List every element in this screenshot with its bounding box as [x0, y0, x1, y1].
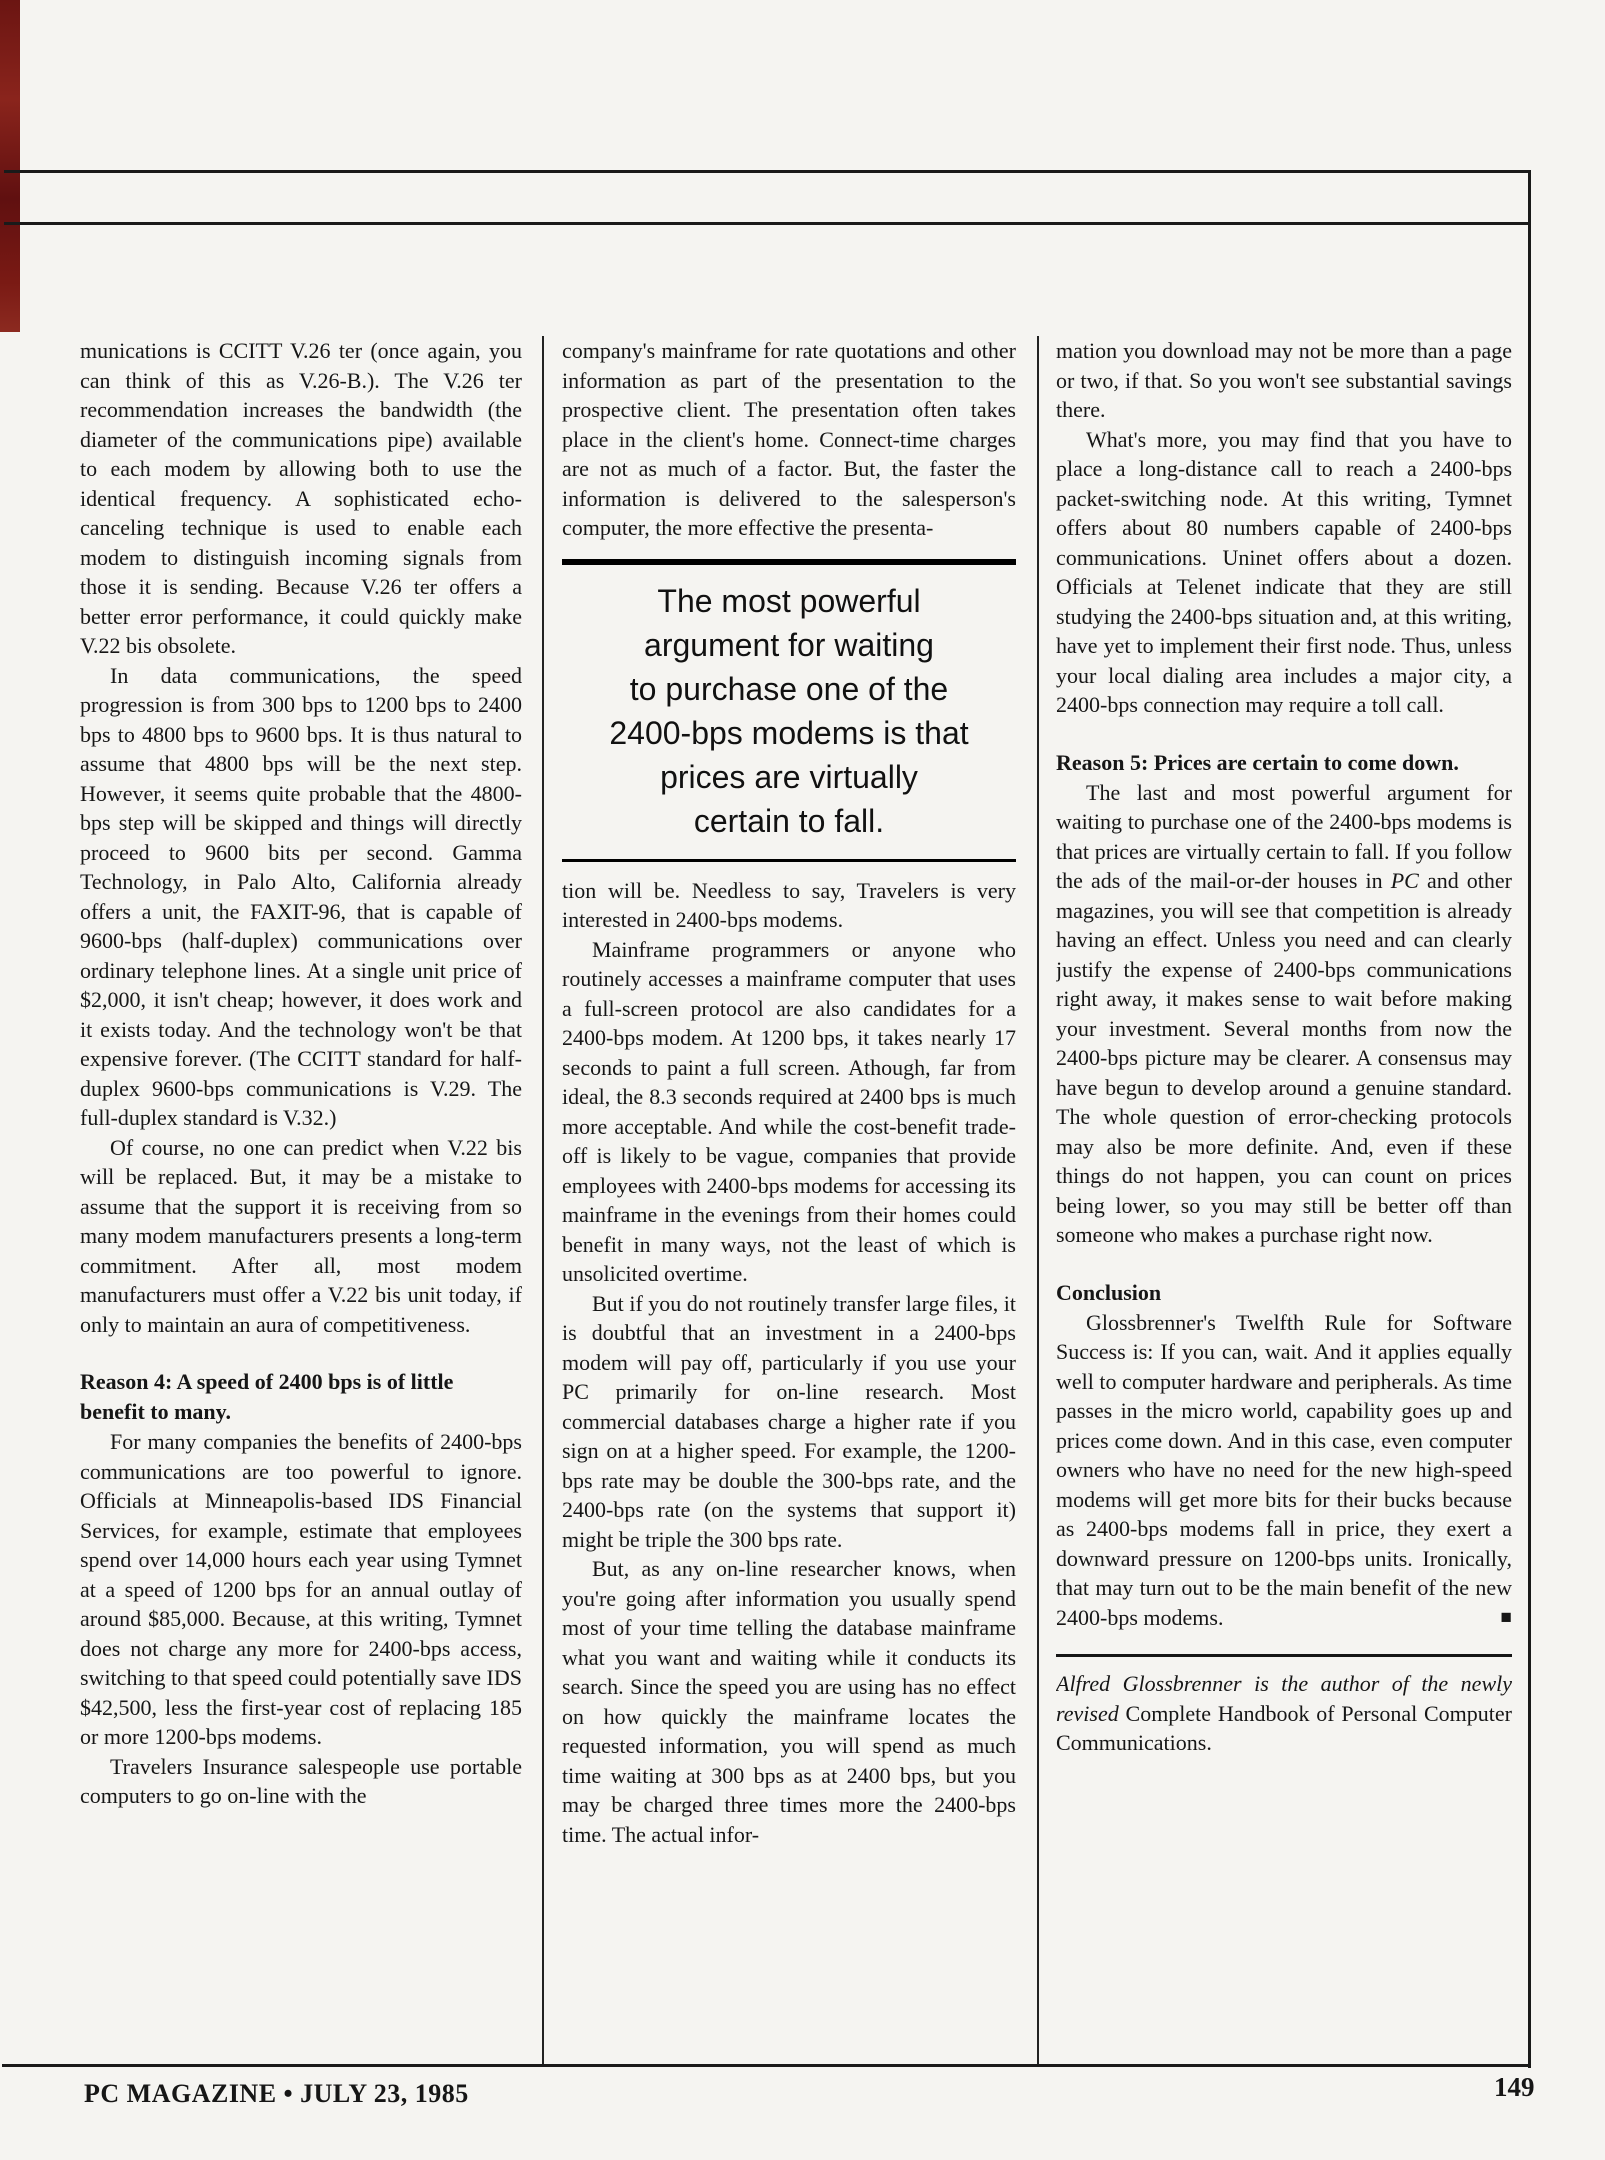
section-heading: Conclusion: [1056, 1278, 1512, 1308]
header-rule-top: [4, 170, 1531, 173]
text-run: Travelers Insurance salespeople use port…: [80, 1754, 522, 1809]
pull-quote-text: The most powerfulargument for waitingto …: [562, 565, 1016, 859]
article-column-3: mation you download may not be more than…: [1056, 336, 1512, 2058]
text-run: and other magazines, you will see that c…: [1056, 868, 1512, 1247]
page-right-border-rule: [1528, 170, 1531, 2068]
text-run: Of course, no one can predict when V.22 …: [80, 1135, 522, 1337]
text-run: But if you do not routinely transfer lar…: [562, 1291, 1016, 1552]
footer-rule: [2, 2064, 1531, 2067]
end-of-article-mark: ■: [1471, 1603, 1512, 1633]
text-run: tion will be. Needless to say, Travelers…: [562, 878, 1016, 933]
column-divider-1: [542, 336, 544, 2064]
paragraph: munications is CCITT V.26 ter (once agai…: [80, 336, 522, 661]
article-column-1: munications is CCITT V.26 ter (once agai…: [80, 336, 522, 2058]
paragraph: What's more, you may find that you have …: [1056, 425, 1512, 720]
text-run: Mainframe programmers or anyone who rout…: [562, 937, 1016, 1287]
paragraph: Of course, no one can predict when V.22 …: [80, 1133, 522, 1340]
paragraph: The last and most powerful argument for …: [1056, 778, 1512, 1250]
paragraph: tion will be. Needless to say, Travelers…: [562, 876, 1016, 935]
text-run: Glossbrenner's Twelfth Rule for Software…: [1056, 1310, 1512, 1630]
text-run: company's mainframe for rate quotations …: [562, 338, 1016, 540]
header-rule-bottom: [4, 222, 1531, 225]
paragraph: Glossbrenner's Twelfth Rule for Software…: [1056, 1308, 1512, 1633]
paragraph: But if you do not routinely transfer lar…: [562, 1289, 1016, 1555]
paragraph: Mainframe programmers or anyone who rout…: [562, 935, 1016, 1289]
article-column-2: company's mainframe for rate quotations …: [562, 336, 1016, 2058]
text-run: For many companies the benefits of 2400-…: [80, 1429, 522, 1749]
paragraph: Travelers Insurance salespeople use port…: [80, 1752, 522, 1811]
scan-artifact-bar: [0, 0, 20, 332]
paragraph: mation you download may not be more than…: [1056, 336, 1512, 425]
page-number: 149: [1494, 2072, 1535, 2103]
footer-magazine-date: PC MAGAZINE • JULY 23, 1985: [84, 2079, 469, 2109]
magazine-page: { "page": { "footer": "PC MAGAZINE • JUL…: [0, 0, 1605, 2160]
text-run: But, as any on-line researcher knows, wh…: [562, 1556, 1016, 1847]
text-run: In data communications, the speed progre…: [80, 663, 522, 1131]
pull-quote-bottom-rule: [562, 859, 1016, 862]
paragraph: company's mainframe for rate quotations …: [562, 336, 1016, 543]
text-run: What's more, you may find that you have …: [1056, 427, 1512, 718]
section-heading: Reason 4: A speed of 2400 bps is of litt…: [80, 1367, 522, 1427]
text-run: PC: [1391, 868, 1419, 893]
section-heading: Reason 5: Prices are certain to come dow…: [1056, 748, 1512, 778]
column-divider-2: [1037, 336, 1039, 2064]
text-run: munications is CCITT V.26 ter (once agai…: [80, 338, 522, 658]
pull-quote: The most powerfulargument for waitingto …: [562, 559, 1016, 862]
paragraph: For many companies the benefits of 2400-…: [80, 1427, 522, 1752]
author-bio: Alfred Glossbrenner is the author of the…: [1056, 1654, 1512, 1758]
paragraph: In data communications, the speed progre…: [80, 661, 522, 1133]
text-run: mation you download may not be more than…: [1056, 338, 1512, 422]
paragraph: But, as any on-line researcher knows, wh…: [562, 1554, 1016, 1849]
